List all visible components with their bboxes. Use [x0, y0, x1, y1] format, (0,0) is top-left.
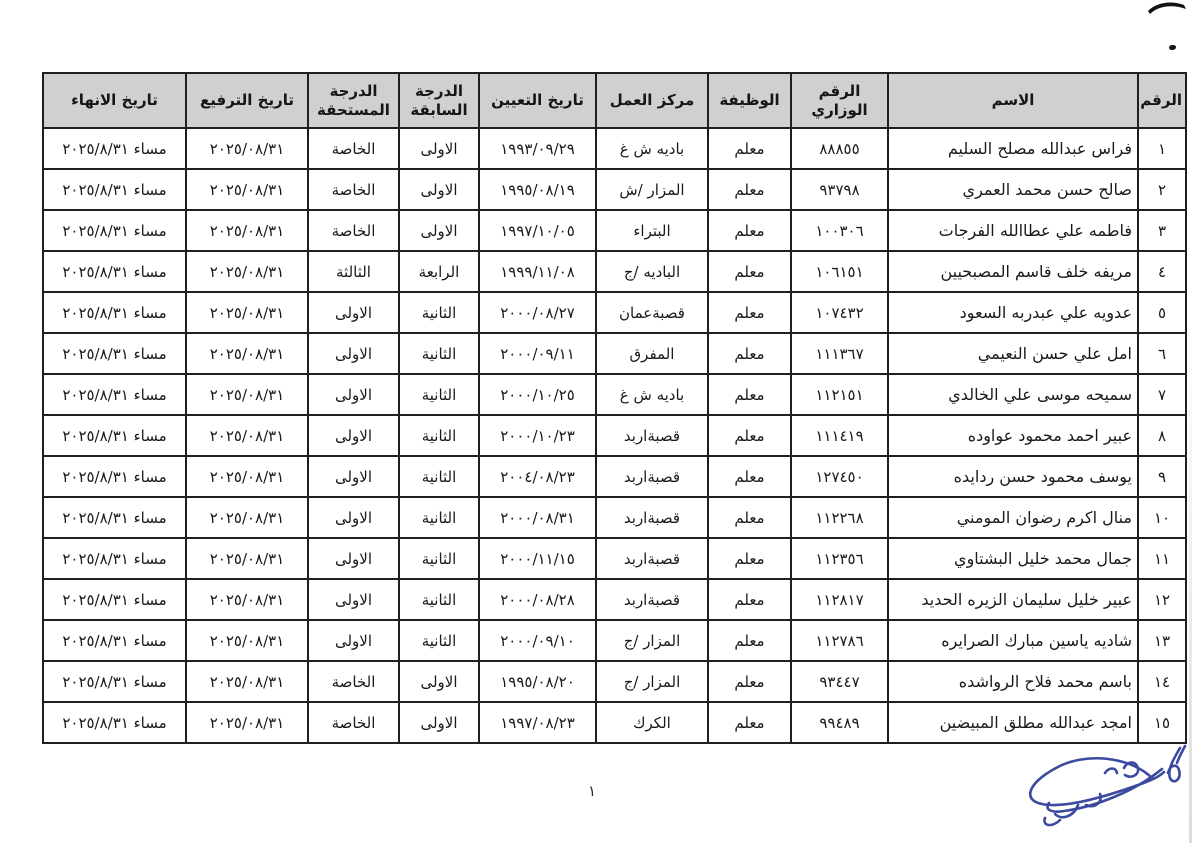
cell-due_grade: الثالثة [308, 251, 399, 292]
cell-num: ١ [1138, 128, 1186, 169]
cell-hire_date: ٢٠٠٠/٠٩/١١ [479, 333, 596, 374]
table-row: ٤مريفه خلف قاسم المصبحيين١٠٦١٥١معلمالباد… [43, 251, 1186, 292]
cell-num: ٥ [1138, 292, 1186, 333]
table-row: ٥عدويه علي عبدربه السعود١٠٧٤٣٢معلمقصبةعم… [43, 292, 1186, 333]
cell-hire_date: ٢٠٠٠/٠٩/١٠ [479, 620, 596, 661]
cell-name: يوسف محمود حسن ردايده [888, 456, 1138, 497]
table-row: ٨عبير احمد محمود عواوده١١١٤١٩معلمقصبةارب… [43, 415, 1186, 456]
table-row: ١٤باسم محمد فلاح الرواشده٩٣٤٤٧معلمالمزار… [43, 661, 1186, 702]
cell-ministry_no: ١٠٠٣٠٦ [791, 210, 888, 251]
cell-num: ٩ [1138, 456, 1186, 497]
cell-work_center: باديه ش غ [596, 374, 708, 415]
cell-due_grade: الاولى [308, 579, 399, 620]
cell-promotion_date: ٢٠٢٥/٠٨/٣١ [186, 169, 308, 210]
cell-prev_grade: الثانية [399, 333, 479, 374]
cell-prev_grade: الاولى [399, 661, 479, 702]
cell-prev_grade: الثانية [399, 292, 479, 333]
cell-ministry_no: ١١٢٨١٧ [791, 579, 888, 620]
cell-prev_grade: الاولى [399, 210, 479, 251]
cell-work_center: المزار /ش [596, 169, 708, 210]
table-row: ٣فاطمه علي عطاالله الفرجات١٠٠٣٠٦معلمالبت… [43, 210, 1186, 251]
cell-work_center: المفرق [596, 333, 708, 374]
cell-work_center: قصبةاربد [596, 579, 708, 620]
cell-promotion_date: ٢٠٢٥/٠٨/٣١ [186, 456, 308, 497]
cell-due_grade: الخاصة [308, 702, 399, 743]
cell-job: معلم [708, 702, 791, 743]
cell-num: ١٥ [1138, 702, 1186, 743]
cell-num: ٦ [1138, 333, 1186, 374]
cell-end_date: مساء ٢٠٢٥/٨/٣١ [43, 538, 186, 579]
cell-work_center: الباديه /ج [596, 251, 708, 292]
cell-promotion_date: ٢٠٢٥/٠٨/٣١ [186, 620, 308, 661]
cell-prev_grade: الاولى [399, 169, 479, 210]
cell-job: معلم [708, 456, 791, 497]
table-row: ١١جمال محمد خليل البشتاوي١١٢٣٥٦معلمقصبةا… [43, 538, 1186, 579]
table-row: ٧سميحه موسى علي الخالدي١١٢١٥١معلمباديه ش… [43, 374, 1186, 415]
cell-num: ١٤ [1138, 661, 1186, 702]
cell-hire_date: ١٩٩٣/٠٩/٢٩ [479, 128, 596, 169]
cell-promotion_date: ٢٠٢٥/٠٨/٣١ [186, 292, 308, 333]
cell-ministry_no: ١٠٦١٥١ [791, 251, 888, 292]
cell-job: معلم [708, 251, 791, 292]
cell-work_center: قصبةاربد [596, 456, 708, 497]
cell-work_center: البتراء [596, 210, 708, 251]
cell-promotion_date: ٢٠٢٥/٠٨/٣١ [186, 251, 308, 292]
table-row: ١٣شاديه ياسين مبارك الصرايره١١٢٧٨٦معلمال… [43, 620, 1186, 661]
cell-hire_date: ٢٠٠٠/١٠/٢٥ [479, 374, 596, 415]
cell-hire_date: ١٩٩٧/١٠/٠٥ [479, 210, 596, 251]
cell-hire_date: ٢٠٠٠/٠٨/٣١ [479, 497, 596, 538]
header-cell-name: الاسم [888, 73, 1138, 128]
cell-promotion_date: ٢٠٢٥/٠٨/٣١ [186, 333, 308, 374]
cell-ministry_no: ٩٣٤٤٧ [791, 661, 888, 702]
cell-due_grade: الاولى [308, 374, 399, 415]
cell-num: ٣ [1138, 210, 1186, 251]
header-cell-job: الوظيفة [708, 73, 791, 128]
cell-job: معلم [708, 579, 791, 620]
cell-promotion_date: ٢٠٢٥/٠٨/٣١ [186, 415, 308, 456]
table-row: ٩يوسف محمود حسن ردايده١٢٧٤٥٠معلمقصبةاربد… [43, 456, 1186, 497]
cell-num: ٨ [1138, 415, 1186, 456]
scanned-document-page: { "document": { "page_number": "١", "col… [0, 0, 1193, 843]
cell-name: عبير خليل سليمان الزيره الحديد [888, 579, 1138, 620]
cell-job: معلم [708, 292, 791, 333]
cell-promotion_date: ٢٠٢٥/٠٨/٣١ [186, 210, 308, 251]
cell-ministry_no: ١٢٧٤٥٠ [791, 456, 888, 497]
header-cell-work-center: مركز العمل [596, 73, 708, 128]
cell-due_grade: الاولى [308, 620, 399, 661]
cell-end_date: مساء ٢٠٢٥/٨/٣١ [43, 374, 186, 415]
cell-prev_grade: الثانية [399, 415, 479, 456]
cell-hire_date: ١٩٩٩/١١/٠٨ [479, 251, 596, 292]
cell-prev_grade: الثانية [399, 374, 479, 415]
header-cell-num: الرقم [1138, 73, 1186, 128]
cell-end_date: مساء ٢٠٢٥/٨/٣١ [43, 292, 186, 333]
cell-ministry_no: ٩٣٧٩٨ [791, 169, 888, 210]
cell-due_grade: الخاصة [308, 661, 399, 702]
cell-promotion_date: ٢٠٢٥/٠٨/٣١ [186, 661, 308, 702]
cell-due_grade: الاولى [308, 456, 399, 497]
cell-end_date: مساء ٢٠٢٥/٨/٣١ [43, 169, 186, 210]
cell-end_date: مساء ٢٠٢٥/٨/٣١ [43, 456, 186, 497]
ink-dot-icon [1169, 45, 1176, 50]
cell-job: معلم [708, 333, 791, 374]
cell-ministry_no: ١١١٤١٩ [791, 415, 888, 456]
cell-prev_grade: الثانية [399, 538, 479, 579]
cell-prev_grade: الثانية [399, 620, 479, 661]
cell-ministry_no: ١١٢١٥١ [791, 374, 888, 415]
cell-name: امل علي حسن النعيمي [888, 333, 1138, 374]
cell-due_grade: الاولى [308, 497, 399, 538]
table-row: ١فراس عبدالله مصلح السليم٨٨٨٥٥معلمباديه … [43, 128, 1186, 169]
cell-end_date: مساء ٢٠٢٥/٨/٣١ [43, 661, 186, 702]
cell-promotion_date: ٢٠٢٥/٠٨/٣١ [186, 128, 308, 169]
personnel-table: الرقم الاسم الرقم الوزاري الوظيفة مركز ا… [42, 72, 1187, 744]
cell-work_center: قصبةاربد [596, 415, 708, 456]
cell-promotion_date: ٢٠٢٥/٠٨/٣١ [186, 538, 308, 579]
cell-prev_grade: الثانية [399, 497, 479, 538]
cell-ministry_no: ١١٢٧٨٦ [791, 620, 888, 661]
cell-num: ٤ [1138, 251, 1186, 292]
cell-end_date: مساء ٢٠٢٥/٨/٣١ [43, 579, 186, 620]
cell-name: باسم محمد فلاح الرواشده [888, 661, 1138, 702]
cell-num: ١١ [1138, 538, 1186, 579]
cell-hire_date: ٢٠٠٠/٠٨/٢٨ [479, 579, 596, 620]
cell-work_center: الكرك [596, 702, 708, 743]
cell-prev_grade: الثانية [399, 456, 479, 497]
cell-hire_date: ٢٠٠٠/١٠/٢٣ [479, 415, 596, 456]
header-cell-end-date: تاريخ الانهاء [43, 73, 186, 128]
cell-name: فاطمه علي عطاالله الفرجات [888, 210, 1138, 251]
cell-end_date: مساء ٢٠٢٥/٨/٣١ [43, 620, 186, 661]
cell-num: ٢ [1138, 169, 1186, 210]
cell-name: منال اكرم رضوان المومني [888, 497, 1138, 538]
cell-due_grade: الاولى [308, 415, 399, 456]
cell-ministry_no: ٩٩٤٨٩ [791, 702, 888, 743]
cell-name: عبير احمد محمود عواوده [888, 415, 1138, 456]
cell-end_date: مساء ٢٠٢٥/٨/٣١ [43, 333, 186, 374]
cell-promotion_date: ٢٠٢٥/٠٨/٣١ [186, 374, 308, 415]
cell-due_grade: الخاصة [308, 128, 399, 169]
header-cell-due-grade: الدرجة المستحقة [308, 73, 399, 128]
header-cell-hire-date: تاريخ التعيين [479, 73, 596, 128]
cell-name: سميحه موسى علي الخالدي [888, 374, 1138, 415]
cell-job: معلم [708, 661, 791, 702]
cell-due_grade: الاولى [308, 292, 399, 333]
table-body: ١فراس عبدالله مصلح السليم٨٨٨٥٥معلمباديه … [43, 128, 1186, 743]
cell-due_grade: الاولى [308, 538, 399, 579]
cell-name: عدويه علي عبدربه السعود [888, 292, 1138, 333]
cell-work_center: المزار /ج [596, 661, 708, 702]
cell-name: صالح حسن محمد العمري [888, 169, 1138, 210]
cell-hire_date: ٢٠٠٤/٠٨/٢٣ [479, 456, 596, 497]
cell-promotion_date: ٢٠٢٥/٠٨/٣١ [186, 579, 308, 620]
table-row: ١٢عبير خليل سليمان الزيره الحديد١١٢٨١٧مع… [43, 579, 1186, 620]
cell-hire_date: ١٩٩٥/٠٨/٢٠ [479, 661, 596, 702]
table-row: ١٥امجد عبدالله مطلق المبيضين٩٩٤٨٩معلمالك… [43, 702, 1186, 743]
cell-end_date: مساء ٢٠٢٥/٨/٣١ [43, 497, 186, 538]
cell-prev_grade: الاولى [399, 702, 479, 743]
cell-ministry_no: ١١٢٢٦٨ [791, 497, 888, 538]
table-row: ١٠منال اكرم رضوان المومني١١٢٢٦٨معلمقصبةا… [43, 497, 1186, 538]
cell-work_center: المزار /ج [596, 620, 708, 661]
cell-promotion_date: ٢٠٢٥/٠٨/٣١ [186, 702, 308, 743]
cell-hire_date: ١٩٩٥/٠٨/١٩ [479, 169, 596, 210]
cell-name: امجد عبدالله مطلق المبيضين [888, 702, 1138, 743]
cell-name: شاديه ياسين مبارك الصرايره [888, 620, 1138, 661]
cell-hire_date: ٢٠٠٠/٠٨/٢٧ [479, 292, 596, 333]
cell-end_date: مساء ٢٠٢٥/٨/٣١ [43, 415, 186, 456]
cell-job: معلم [708, 169, 791, 210]
cell-job: معلم [708, 374, 791, 415]
cell-end_date: مساء ٢٠٢٥/٨/٣١ [43, 702, 186, 743]
cell-ministry_no: ١١١٣٦٧ [791, 333, 888, 374]
cell-work_center: قصبةاربد [596, 497, 708, 538]
cell-ministry_no: ١٠٧٤٣٢ [791, 292, 888, 333]
cell-end_date: مساء ٢٠٢٥/٨/٣١ [43, 128, 186, 169]
cell-num: ٧ [1138, 374, 1186, 415]
cell-job: معلم [708, 497, 791, 538]
table-header-row: الرقم الاسم الرقم الوزاري الوظيفة مركز ا… [43, 73, 1186, 128]
table-row: ٢صالح حسن محمد العمري٩٣٧٩٨معلمالمزار /ش١… [43, 169, 1186, 210]
table-row: ٦امل علي حسن النعيمي١١١٣٦٧معلمالمفرق٢٠٠٠… [43, 333, 1186, 374]
cell-hire_date: ٢٠٠٠/١١/١٥ [479, 538, 596, 579]
header-cell-ministry-no: الرقم الوزاري [791, 73, 888, 128]
cell-job: معلم [708, 620, 791, 661]
cell-ministry_no: ١١٢٣٥٦ [791, 538, 888, 579]
cell-prev_grade: الرابعة [399, 251, 479, 292]
cell-hire_date: ١٩٩٧/٠٨/٢٣ [479, 702, 596, 743]
header-cell-prev-grade: الدرجة السابقة [399, 73, 479, 128]
cell-due_grade: الخاصة [308, 210, 399, 251]
cell-job: معلم [708, 538, 791, 579]
page-number: ١ [588, 782, 596, 800]
cell-prev_grade: الاولى [399, 128, 479, 169]
cell-due_grade: الاولى [308, 333, 399, 374]
cell-ministry_no: ٨٨٨٥٥ [791, 128, 888, 169]
signature [1012, 740, 1192, 838]
cell-due_grade: الخاصة [308, 169, 399, 210]
cell-num: ١٣ [1138, 620, 1186, 661]
cell-job: معلم [708, 128, 791, 169]
cell-work_center: قصبةاربد [596, 538, 708, 579]
cell-name: مريفه خلف قاسم المصبحيين [888, 251, 1138, 292]
cell-job: معلم [708, 415, 791, 456]
cell-promotion_date: ٢٠٢٥/٠٨/٣١ [186, 497, 308, 538]
cell-work_center: باديه ش غ [596, 128, 708, 169]
cell-end_date: مساء ٢٠٢٥/٨/٣١ [43, 251, 186, 292]
pen-mark-icon [1146, 0, 1188, 16]
cell-name: جمال محمد خليل البشتاوي [888, 538, 1138, 579]
cell-end_date: مساء ٢٠٢٥/٨/٣١ [43, 210, 186, 251]
cell-job: معلم [708, 210, 791, 251]
header-cell-promotion-date: تاريخ الترفيع [186, 73, 308, 128]
cell-num: ١٠ [1138, 497, 1186, 538]
cell-name: فراس عبدالله مصلح السليم [888, 128, 1138, 169]
cell-work_center: قصبةعمان [596, 292, 708, 333]
cell-num: ١٢ [1138, 579, 1186, 620]
cell-prev_grade: الثانية [399, 579, 479, 620]
